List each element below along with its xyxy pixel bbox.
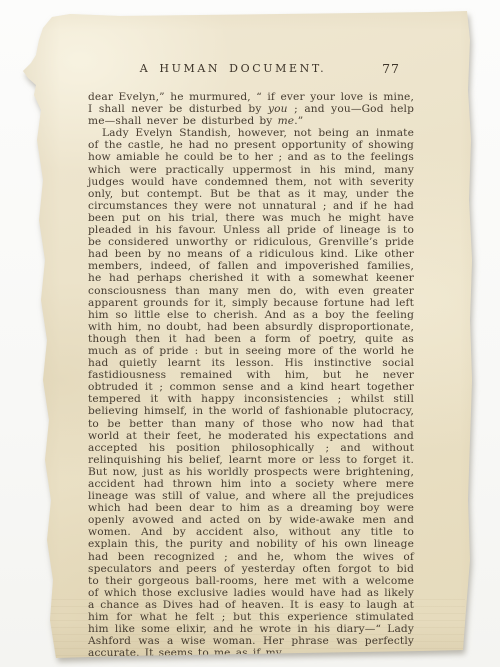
italic-text: you xyxy=(268,103,288,115)
text-run: Lady Evelyn Standish, however, not being… xyxy=(88,127,414,659)
running-title: A HUMAN DOCUMENT. xyxy=(70,62,396,75)
running-header: A HUMAN DOCUMENT. 77 xyxy=(88,62,414,80)
book-page: A HUMAN DOCUMENT. 77 dear Evelyn,” he mu… xyxy=(0,0,500,667)
page-number: 77 xyxy=(382,61,400,76)
page-body: dear Evelyn,” he murmured, “ if ever you… xyxy=(88,91,414,659)
italic-text: me xyxy=(278,115,295,127)
page-content: A HUMAN DOCUMENT. 77 dear Evelyn,” he mu… xyxy=(88,62,414,659)
paper-shadow: A HUMAN DOCUMENT. 77 dear Evelyn,” he mu… xyxy=(0,0,500,667)
scan-photo: A HUMAN DOCUMENT. 77 dear Evelyn,” he mu… xyxy=(0,0,500,667)
text-run: .” xyxy=(294,115,303,127)
paragraph: Lady Evelyn Standish, however, not being… xyxy=(88,127,414,659)
paragraph: dear Evelyn,” he murmured, “ if ever you… xyxy=(88,91,414,127)
